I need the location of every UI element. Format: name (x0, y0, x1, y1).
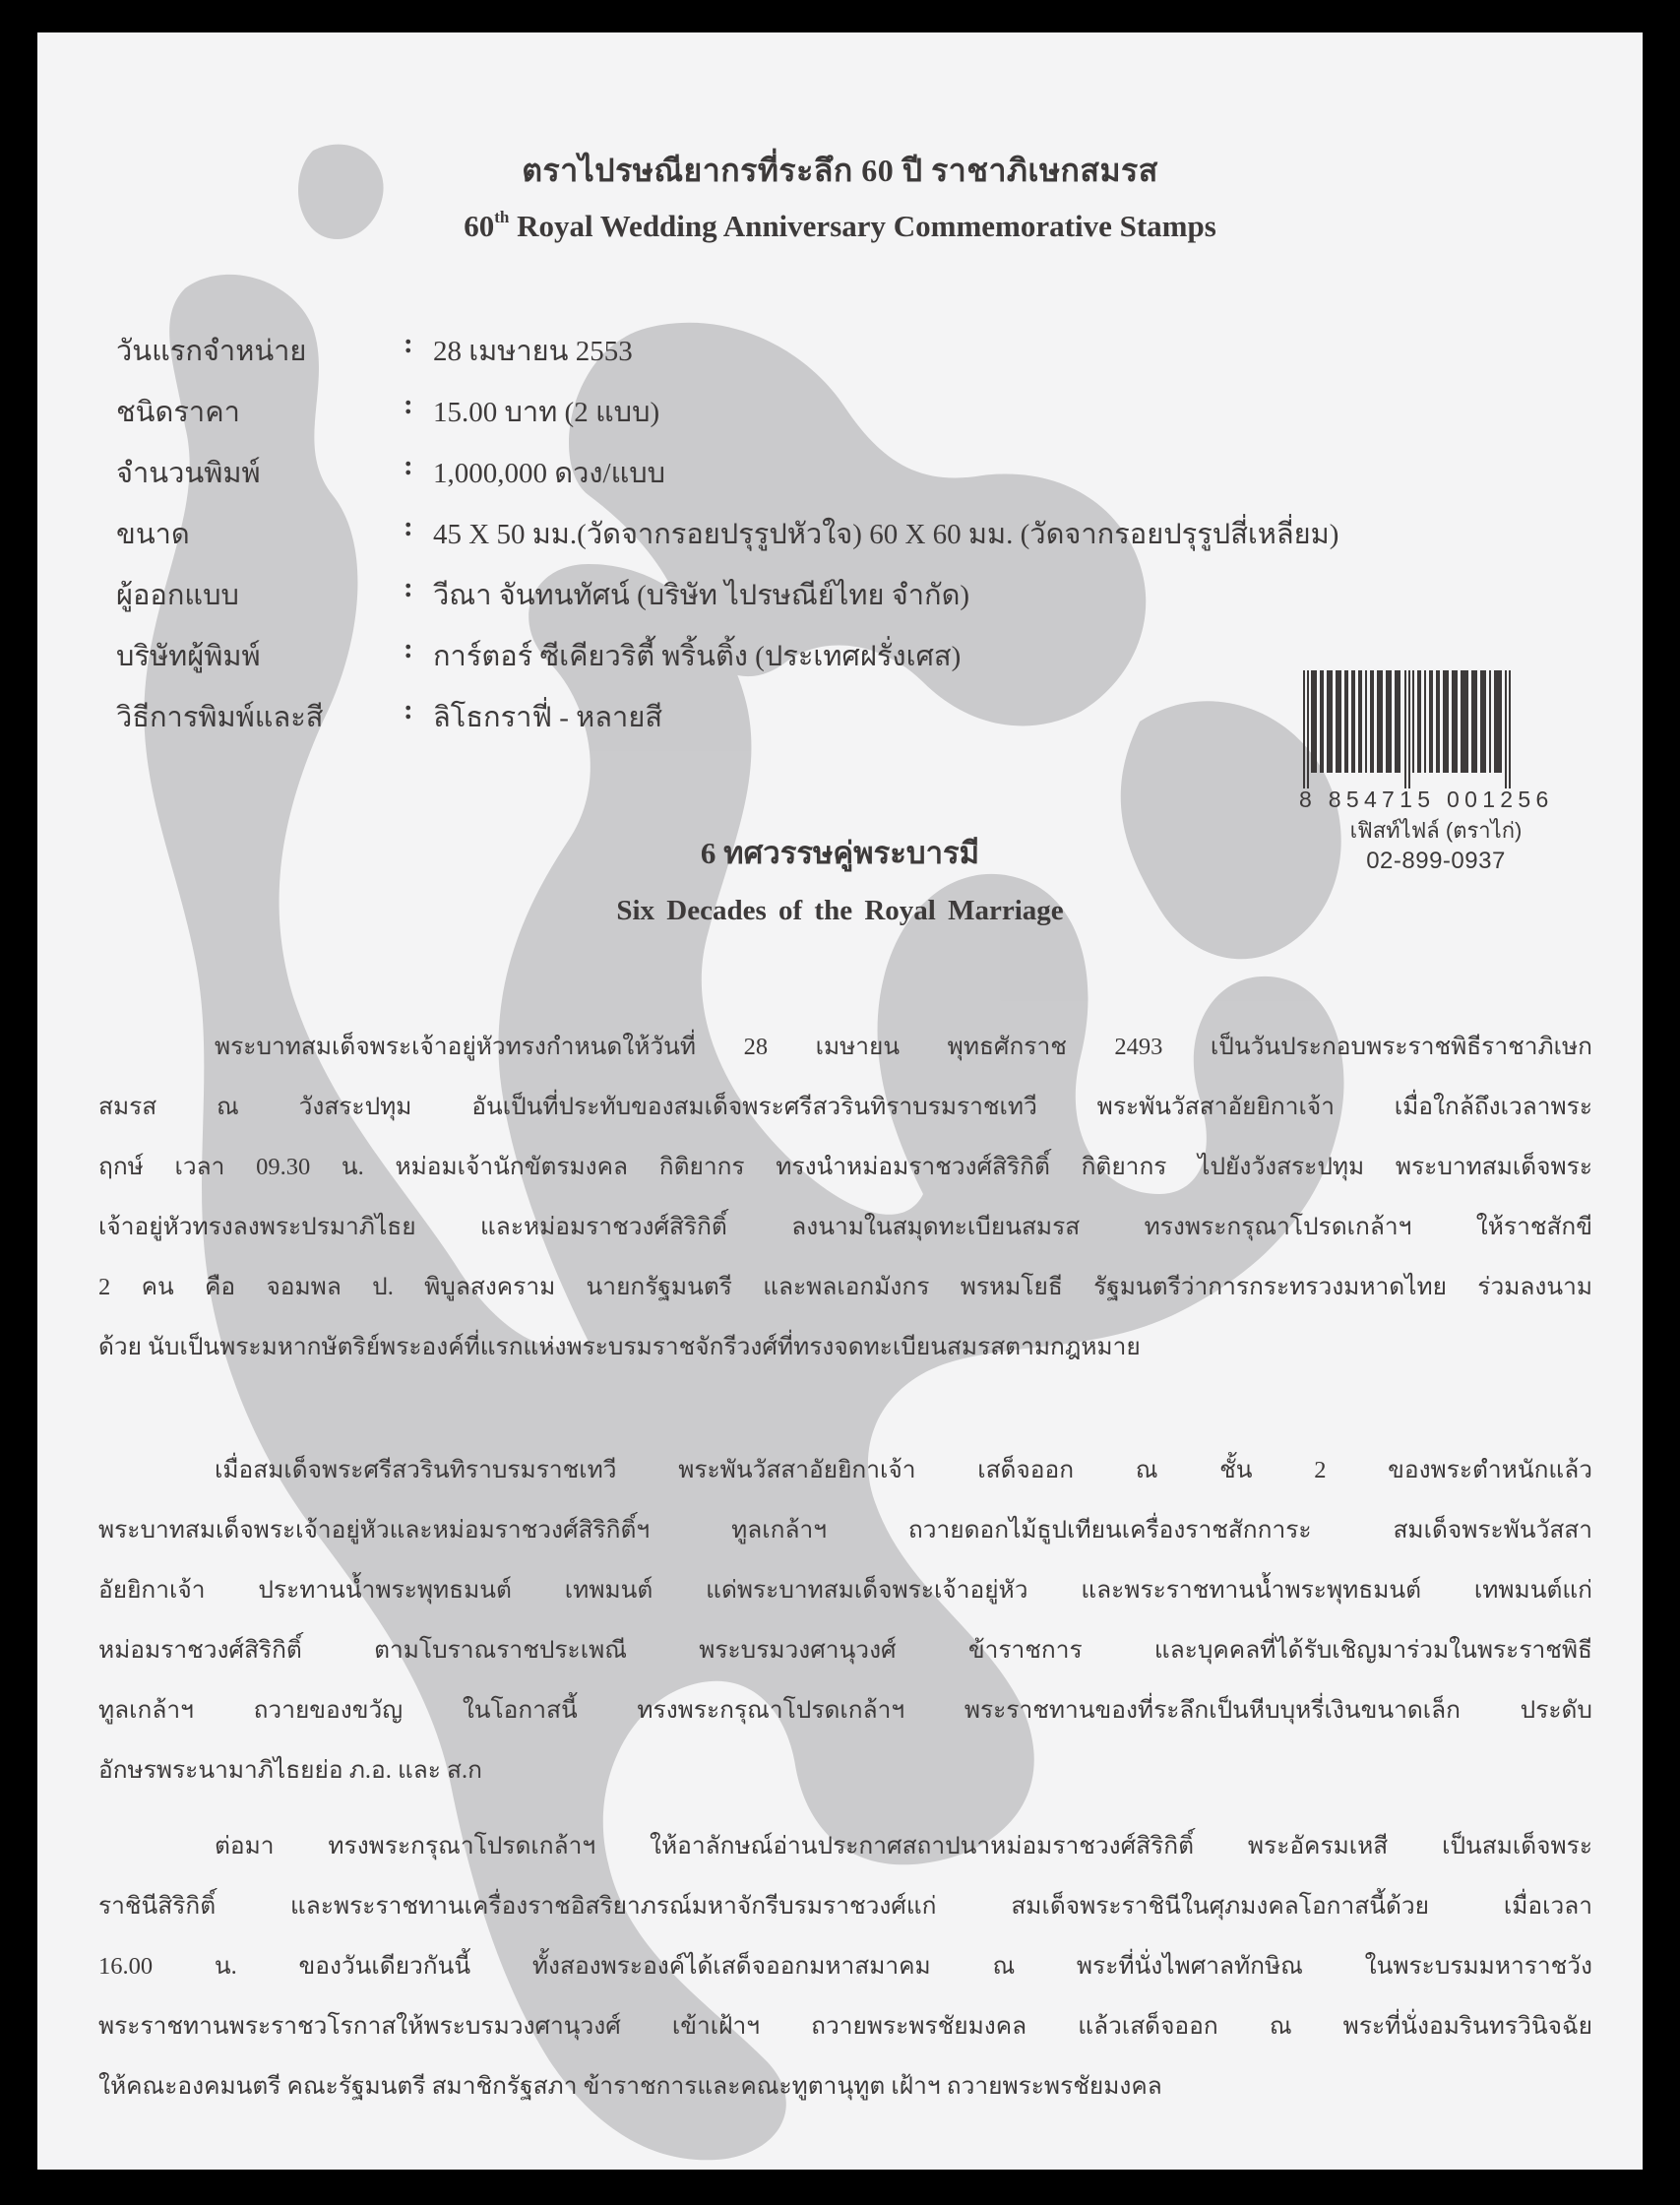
spec-colon: : (404, 694, 413, 726)
title-ordinal-suffix: th (494, 208, 509, 226)
barcode-number: 8 854715 001256 (1299, 787, 1585, 813)
spec-value: 15.00 บาท (2 แบบ) (433, 389, 659, 434)
paragraph-line: สมรส ณ วังสระปทุม อันเป็นที่ประทับของสมเ… (98, 1087, 1592, 1147)
title-english: 60th Royal Wedding Anniversary Commemora… (37, 208, 1643, 244)
paragraph-line: ฤกษ์ เวลา 09.30 น. หม่อมเจ้านักขัตรมงคล … (98, 1147, 1592, 1207)
paragraph-line: หม่อมราชวงศ์สิริกิติ์ ตามโบราณราชประเพณี… (98, 1630, 1592, 1690)
spec-label: ขนาด (116, 511, 411, 556)
spec-colon: : (404, 389, 413, 421)
paragraph-2: เมื่อสมเด็จพระศรีสวรินทิราบรมราชเทวี พระ… (98, 1450, 1592, 1810)
document-page: ตราไปรษณียากรที่ระลึก 60 ปี ราชาภิเษกสมร… (37, 32, 1643, 2170)
spec-label: บริษัทผู้พิมพ์ (116, 633, 411, 678)
paragraph-line: ให้คณะองคมนตรี คณะรัฐมนตรี สมาชิกรัฐสภา … (98, 2066, 1592, 2126)
paragraph-line: พระราชทานพระราชวโรกาสให้พระบรมวงศานุวงศ์… (98, 2006, 1592, 2066)
paragraph-line: ราชินีสิริกิติ์ และพระราชทานเครื่องราชอิ… (98, 1886, 1592, 1946)
paragraph-1: พระบาทสมเด็จพระเจ้าอยู่หัวทรงกำหนดให้วัน… (98, 1027, 1592, 1387)
paragraph-line: อัยยิกาเจ้า ประทานน้ำพระพุทธมนต์ เทพมนต์… (98, 1570, 1592, 1630)
paragraph-line: ต่อมา ทรงพระกรุณาโปรดเกล้าฯ ให้อาลักษณ์อ… (98, 1826, 1592, 1886)
paragraph-line: ทูลเกล้าฯ ถวายของขวัญ ในโอกาสนี้ ทรงพระก… (98, 1690, 1592, 1750)
spec-label: ชนิดราคา (116, 389, 411, 434)
spec-colon: : (404, 572, 413, 604)
spec-colon: : (404, 328, 413, 360)
spec-value: 28 เมษายน 2553 (433, 328, 633, 373)
spec-colon: : (404, 511, 413, 543)
spec-colon: : (404, 633, 413, 665)
paragraph-line: พระบาทสมเด็จพระเจ้าอยู่หัวทรงกำหนดให้วัน… (98, 1027, 1592, 1087)
title-thai: ตราไปรษณียากรที่ระลึก 60 ปี ราชาภิเษกสมร… (37, 146, 1643, 196)
spec-colon: : (404, 450, 413, 482)
paragraph-line: 2 คน คือ จอมพล ป. พิบูลสงคราม นายกรัฐมนต… (98, 1267, 1592, 1327)
spec-label: ผู้ออกแบบ (116, 572, 411, 617)
section-title-thai: 6 ทศวรรษคู่พระบารมี (37, 828, 1643, 877)
spec-label: จำนวนพิมพ์ (116, 450, 411, 495)
paragraph-line: เมื่อสมเด็จพระศรีสวรินทิราบรมราชเทวี พระ… (98, 1450, 1592, 1510)
paragraph-line: เจ้าอยู่หัวทรงลงพระปรมาภิไธย และหม่อมราช… (98, 1207, 1592, 1267)
spec-label: วันแรกจำหน่าย (116, 328, 411, 373)
title-ordinal-number: 60 (464, 209, 494, 243)
paragraph-line: ด้วย นับเป็นพระมหากษัตริย์พระองค์ที่แรกแ… (98, 1327, 1592, 1387)
title-english-text: Royal Wedding Anniversary Commemorative … (509, 209, 1215, 243)
spec-label: วิธีการพิมพ์และสี (116, 694, 411, 739)
spec-value: ลิโธกราฟี่ - หลายสี (433, 694, 662, 739)
barcode-icon (1299, 670, 1561, 788)
section-title-english: Six Decades of the Royal Marriage (37, 895, 1643, 927)
paragraph-line: พระบาทสมเด็จพระเจ้าอยู่หัวและหม่อมราชวงศ… (98, 1510, 1592, 1570)
spec-value: การ์ตอร์ ซีเคียวริตี้ พริ้นติ้ง (ประเทศฝ… (433, 633, 961, 678)
paragraph-line: อักษรพระนามาภิไธยย่อ ภ.อ. และ ส.ก (98, 1750, 1592, 1810)
paragraph-3: ต่อมา ทรงพระกรุณาโปรดเกล้าฯ ให้อาลักษณ์อ… (98, 1826, 1592, 2126)
paragraph-line: 16.00 น. ของวันเดียวกันนี้ ทั้งสองพระองค… (98, 1946, 1592, 2006)
spec-value: วีณา จันทนทัศน์ (บริษัท ไปรษณีย์ไทย จำกั… (433, 572, 969, 617)
spec-value: 1,000,000 ดวง/แบบ (433, 450, 665, 495)
spec-value: 45 X 50 มม.(วัดจากรอยปรุรูปหัวใจ) 60 X 6… (433, 511, 1338, 556)
